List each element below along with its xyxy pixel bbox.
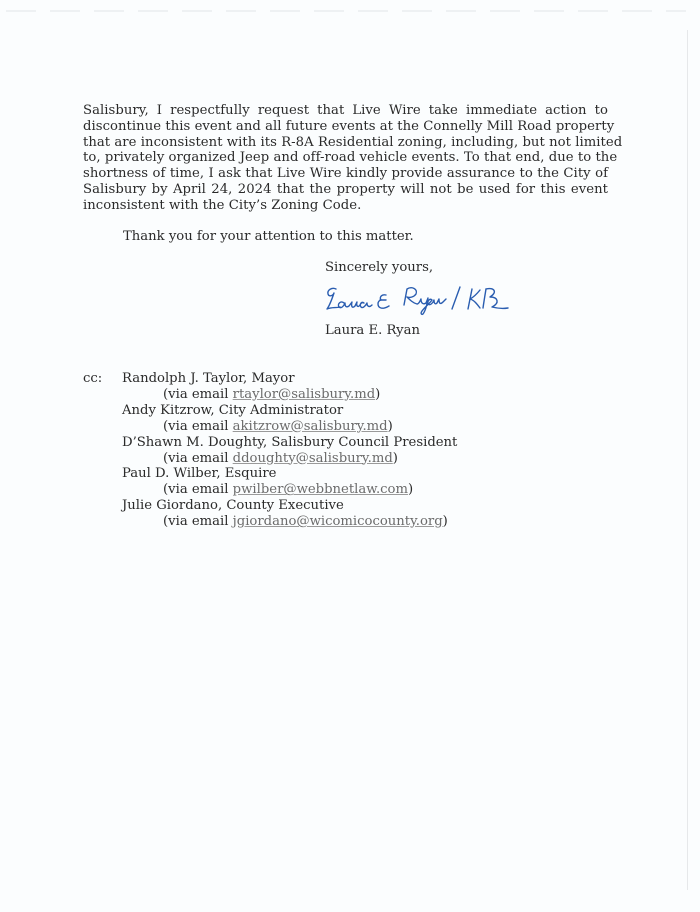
cc-email-line: (via email ddoughty@salisbury.md) — [122, 451, 457, 467]
email-link[interactable]: rtaylor@salisbury.md — [233, 387, 375, 402]
paragraph-line: discontinue this event and all future ev… — [83, 119, 608, 135]
paragraph-line: Salisbury by April 24, 2024 that the pro… — [83, 182, 608, 198]
closing-salutation: Sincerely yours, — [325, 260, 433, 275]
body-paragraph: Salisbury, I respectfully request that L… — [83, 103, 608, 213]
cc-recipient-name: Paul D. Wilber, Esquire — [122, 466, 457, 482]
email-suffix: ) — [375, 387, 380, 402]
paragraph-line: shortness of time, I ask that Live Wire … — [83, 166, 608, 182]
thanks-line: Thank you for your attention to this mat… — [123, 229, 414, 244]
cc-recipient-list: Randolph J. Taylor, Mayor (via email rta… — [122, 371, 457, 530]
handwritten-signature — [322, 281, 532, 317]
email-link[interactable]: akitzrow@salisbury.md — [233, 419, 388, 434]
email-suffix: ) — [393, 451, 398, 466]
email-link[interactable]: pwilber@webbnetlaw.com — [233, 482, 408, 497]
email-link[interactable]: ddoughty@salisbury.md — [233, 451, 393, 466]
scan-artifact — [6, 10, 686, 12]
email-prefix: (via email — [163, 514, 233, 529]
page-edge — [687, 30, 688, 890]
cc-label: cc: — [83, 371, 102, 386]
paragraph-line: Salisbury, I respectfully request that L… — [83, 103, 608, 119]
email-prefix: (via email — [163, 482, 233, 497]
email-prefix: (via email — [163, 451, 233, 466]
cc-recipient: Randolph J. Taylor, Mayor (via email rta… — [122, 371, 457, 403]
cc-recipient: Paul D. Wilber, Esquire (via email pwilb… — [122, 466, 457, 498]
cc-recipient: Julie Giordano, County Executive (via em… — [122, 498, 457, 530]
paragraph-line: inconsistent with the City’s Zoning Code… — [83, 198, 608, 214]
cc-recipient: D’Shawn M. Doughty, Salisbury Council Pr… — [122, 435, 457, 467]
email-prefix: (via email — [163, 387, 233, 402]
cc-email-line: (via email pwilber@webbnetlaw.com) — [122, 482, 457, 498]
cc-recipient-name: Randolph J. Taylor, Mayor — [122, 371, 457, 387]
cc-recipient-name: D’Shawn M. Doughty, Salisbury Council Pr… — [122, 435, 457, 451]
paragraph-line: to, privately organized Jeep and off-roa… — [83, 150, 608, 166]
cc-email-line: (via email rtaylor@salisbury.md) — [122, 387, 457, 403]
email-link[interactable]: jgiordano@wicomicocounty.org — [233, 514, 443, 529]
email-suffix: ) — [388, 419, 393, 434]
email-suffix: ) — [443, 514, 448, 529]
signature-ink — [322, 281, 532, 317]
signer-name: Laura E. Ryan — [325, 323, 420, 338]
cc-recipient-name: Andy Kitzrow, City Administrator — [122, 403, 457, 419]
cc-email-line: (via email jgiordano@wicomicocounty.org) — [122, 514, 457, 530]
email-suffix: ) — [408, 482, 413, 497]
cc-recipient-name: Julie Giordano, County Executive — [122, 498, 457, 514]
cc-email-line: (via email akitzrow@salisbury.md) — [122, 419, 457, 435]
email-prefix: (via email — [163, 419, 233, 434]
paragraph-line: that are inconsistent with its R-8A Resi… — [83, 135, 608, 151]
cc-recipient: Andy Kitzrow, City Administrator (via em… — [122, 403, 457, 435]
